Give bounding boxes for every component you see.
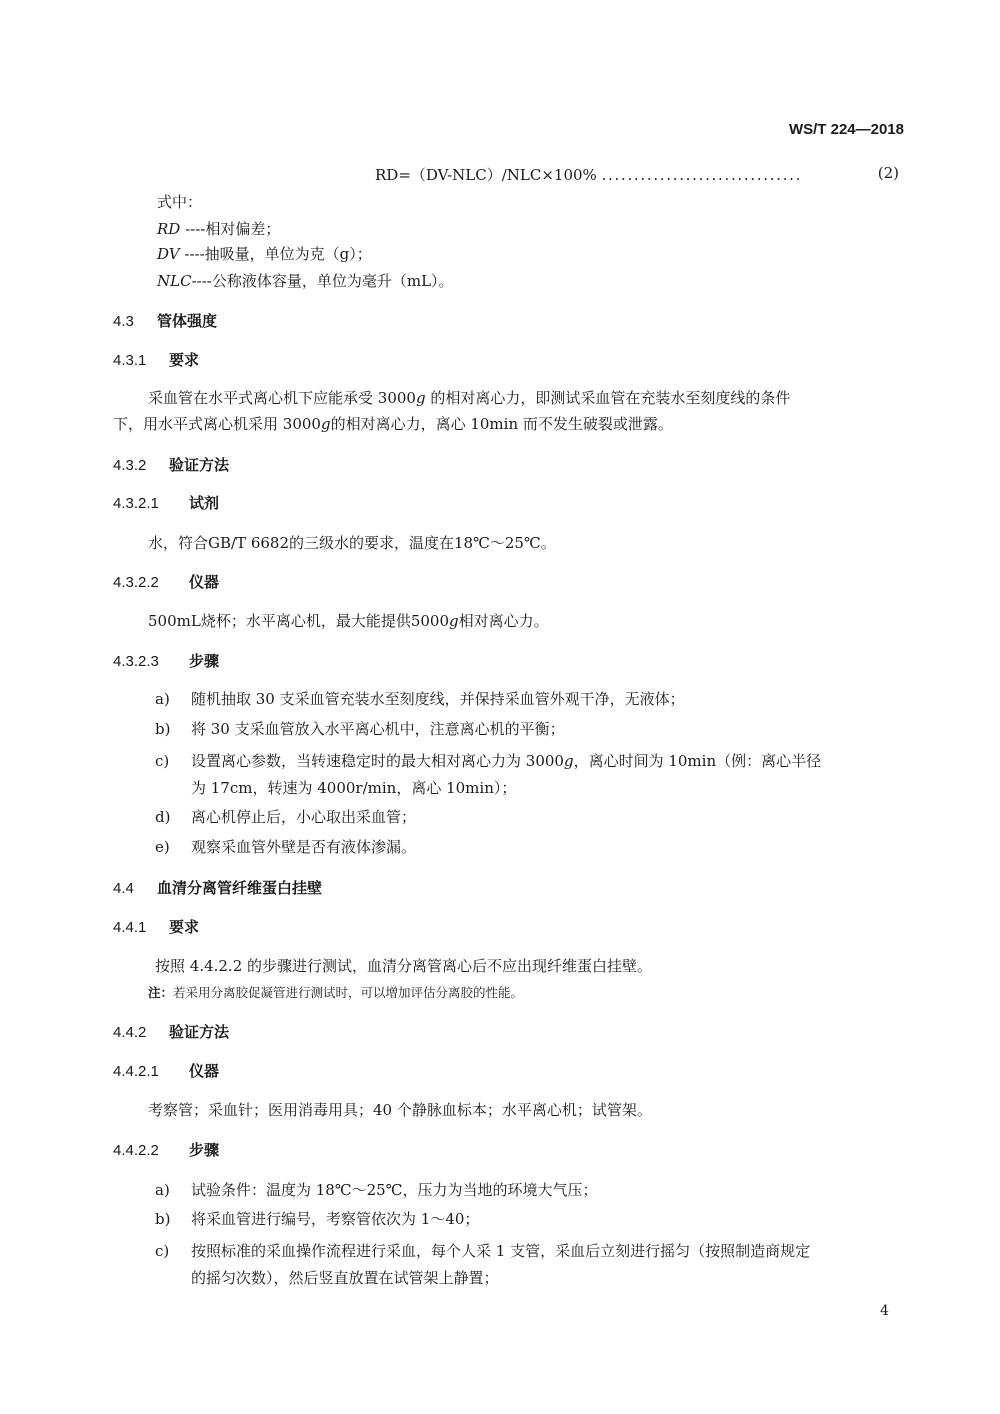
section-title: 仪器 [189,574,219,591]
section-number: 4.3.2.1 [113,495,189,512]
formula-expression: RD=（DV-NLC）/NLC×100% [375,166,597,184]
section-number: 4.3.2.2 [113,574,189,591]
list-text: 将采血管进行编号，考察管依次为 1～40； [191,1210,479,1228]
heading-4-3-2-2: 4.3.2.2仪器 [113,571,219,592]
list-item: c)按照标准的采血操作流程进行采血，每个人采 1 支管，采血后立刻进行摇匀（按照… [155,1240,810,1261]
list-text: 离心机停止后，小心取出采血管； [191,808,416,826]
where-item-nlc: NLC----公称液体容量，单位为毫升（mL）。 [157,270,454,291]
section-title: 仪器 [189,1063,219,1080]
text: 的相对离心力，离心 10min 而不发生破裂或泄露。 [331,415,673,433]
list-item: d)离心机停止后，小心取出采血管； [155,806,416,827]
list-item: a)随机抽取 30 支采血管充装水至刻度线，并保持采血管外观干净，无液体； [155,688,685,709]
heading-4-3-1: 4.3.1要求 [113,349,199,370]
page-number: 4 [880,1303,889,1319]
unit-g: g [321,415,331,433]
text: 的相对离心力，即测试采血管在充装水至刻度线的条件 [426,389,791,407]
where-item-dv: DV ----抽吸量，单位为克（g）； [157,243,372,264]
list-item: b)将 30 支采血管放入水平离心机中，注意离心机的平衡； [155,718,565,739]
section-title: 管体强度 [157,313,217,330]
where-item-rd: RD ----相对偏差； [157,218,280,239]
text: 下，用水平式离心机采用 3000 [113,415,321,433]
symbol: DV [157,245,180,263]
section-number: 4.4.2.1 [113,1063,189,1080]
section-title: 要求 [169,919,199,936]
unit-g: g [416,389,426,407]
list-label: a) [155,1181,191,1199]
heading-4-3-2: 4.3.2验证方法 [113,454,229,475]
section-title: 试剂 [189,495,219,512]
symbol: RD [157,220,180,238]
section-number: 4.3.2 [113,457,169,474]
section-title: 验证方法 [169,457,229,474]
heading-4-3: 4.3管体强度 [113,310,217,331]
formula-line: RD=（DV-NLC）/NLC×100% ...................… [375,164,905,185]
list-item: c)设置离心参数，当转速稳定时的最大相对离心力为 3000g，离心时间为 10m… [155,750,821,771]
paragraph-4-4-2-1: 考察管；采血针；医用消毒用具；40 个静脉血标本；水平离心机；试管架。 [148,1099,652,1120]
list-text: 将 30 支采血管放入水平离心机中，注意离心机的平衡； [191,720,565,738]
text: 相对离心力。 [459,612,549,630]
paragraph-4-3-2-1: 水，符合GB/T 6682的三级水的要求，温度在18℃～25℃。 [148,532,556,553]
text: 500mL烧杯；水平离心机，最大能提供5000 [148,612,449,630]
formula-leader-dots: ............................... [602,166,803,184]
heading-4-4-1: 4.4.1要求 [113,916,199,937]
section-number: 4.4.2.2 [113,1142,189,1159]
heading-4-3-2-1: 4.3.2.1试剂 [113,492,219,513]
note-label: 注： [148,986,173,1000]
note-text: 若采用分离胶促凝管进行测试时，可以增加评估分离胶的性能。 [173,985,523,1000]
section-number: 4.4.2 [113,1024,169,1041]
heading-4-3-2-3: 4.3.2.3步骤 [113,650,219,671]
section-title: 验证方法 [169,1024,229,1041]
definition: ----公称液体容量，单位为毫升（mL）。 [192,272,454,290]
section-number: 4.3.2.3 [113,653,189,670]
list-text: 试验条件：温度为 18℃～25℃，压力为当地的环境大气压； [191,1181,598,1199]
list-label: b) [155,720,191,738]
list-item-continuation: 为 17cm，转速为 4000r/min，离心 10min）； [191,777,516,798]
list-label: a) [155,690,191,708]
text: 采血管在水平式离心机下应能承受 3000 [148,389,416,407]
list-text: 随机抽取 30 支采血管充装水至刻度线，并保持采血管外观干净，无液体； [191,690,685,708]
note: 注：若采用分离胶促凝管进行测试时，可以增加评估分离胶的性能。 [148,983,523,1001]
unit-g: g [449,612,459,630]
list-item: b)将采血管进行编号，考察管依次为 1～40； [155,1208,479,1229]
heading-4-4-2-2: 4.4.2.2步骤 [113,1139,219,1160]
list-text: 设置离心参数，当转速稳定时的最大相对离心力为 3000 [191,752,564,770]
list-label: d) [155,808,191,826]
section-number: 4.3.1 [113,352,169,369]
list-text: ，离心时间为 10min（例：离心半径 [574,752,822,770]
list-item: e)观察采血管外壁是否有液体渗漏。 [155,836,416,857]
section-title: 血清分离管纤维蛋白挂壁 [157,880,322,897]
formula-number: (2) [878,164,899,182]
paragraph-4-3-2-2: 500mL烧杯；水平离心机，最大能提供5000g相对离心力。 [148,610,549,631]
section-title: 步骤 [189,1142,219,1159]
heading-4-4: 4.4血清分离管纤维蛋白挂壁 [113,877,322,898]
section-number: 4.4 [113,880,157,897]
heading-4-4-2-1: 4.4.2.1仪器 [113,1060,219,1081]
list-text: 按照标准的采血操作流程进行采血，每个人采 1 支管，采血后立刻进行摇匀（按照制造… [191,1242,810,1260]
paragraph-4-3-1-line2: 下，用水平式离心机采用 3000g的相对离心力，离心 10min 而不发生破裂或… [113,413,673,434]
where-intro: 式中： [157,191,202,212]
paragraph-4-3-1-line1: 采血管在水平式离心机下应能承受 3000g 的相对离心力，即测试采血管在充装水至… [148,387,790,408]
definition: ----相对偏差； [180,220,280,238]
definition: ----抽吸量，单位为克（g）； [180,245,372,263]
section-title: 要求 [169,352,199,369]
list-label: c) [155,1242,191,1260]
section-number: 4.3 [113,313,157,330]
list-item-continuation: 的摇匀次数），然后竖直放置在试管架上静置； [191,1267,499,1288]
list-label: e) [155,838,191,856]
section-title: 步骤 [189,653,219,670]
heading-4-4-2: 4.4.2验证方法 [113,1021,229,1042]
paragraph-4-4-1: 按照 4.4.2.2 的步骤进行测试，血清分离管离心后不应出现纤维蛋白挂壁。 [155,955,652,976]
list-text: 观察采血管外壁是否有液体渗漏。 [191,838,416,856]
list-label: b) [155,1210,191,1228]
list-label: c) [155,752,191,770]
document-id: WS/T 224—2018 [789,121,904,138]
unit-g: g [564,752,574,770]
list-item: a)试验条件：温度为 18℃～25℃，压力为当地的环境大气压； [155,1179,598,1200]
symbol: NLC [157,272,192,290]
section-number: 4.4.1 [113,919,169,936]
